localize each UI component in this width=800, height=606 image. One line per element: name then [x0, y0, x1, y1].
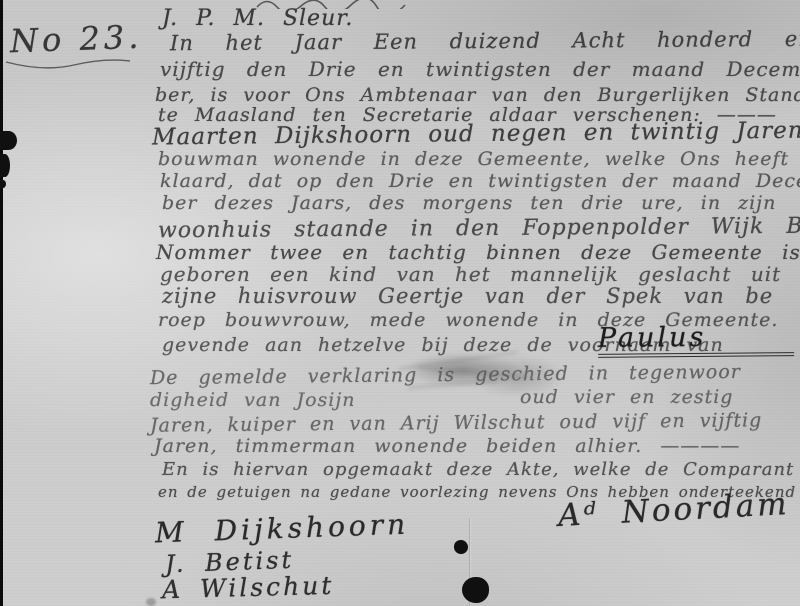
clerk-name: J. P. M. Sleur.: [162, 6, 353, 31]
document-line: klaard, dat op den Drie en twintigsten d…: [160, 170, 800, 192]
document-line: Maarten Dijkshoorn oud negen en twintig …: [152, 118, 800, 151]
document-line: digheid van Josijn: [150, 389, 356, 411]
signature-witness-2: A Wilschut: [162, 571, 335, 605]
document-line: En is hiervan opgemaakt deze Akte, welke…: [162, 459, 794, 480]
scan-edge-blob: [0, 154, 10, 177]
child-name: Paulus: [598, 321, 794, 358]
ink-blot-large: [462, 577, 489, 603]
signature-declarant: M Dijkshoorn: [155, 508, 410, 550]
document-page: No 23. J. P. M. Sleur. In het Jaar Een d…: [0, 0, 800, 606]
document-line: ber, is voor Ons Ambtenaar van den Burge…: [155, 84, 800, 106]
document-line: Nommer twee en tachtig binnen deze Gemee…: [156, 240, 800, 264]
registry-number-flourish: [4, 58, 134, 72]
document-line: ber dezes Jaars, des morgens ten drie ur…: [162, 192, 776, 214]
document-line: bouwman wonende in deze Gemeente, welke …: [158, 148, 800, 170]
registry-number: No 23.: [9, 18, 143, 61]
document-line: Jaren, timmerman wonende beiden alhier. …: [154, 435, 740, 457]
document-line: woonhuis staande in den Foppenpolder Wij…: [158, 214, 800, 244]
scan-edge-blob: [0, 131, 17, 150]
faint-spot: [146, 598, 156, 606]
document-line: geboren een kind van het mannelijk gesla…: [160, 262, 781, 286]
document-line: zijne huisvrouw Geertje van der Spek van…: [162, 284, 773, 308]
document-line: In het Jaar Een duizend Acht honderd en: [170, 27, 800, 55]
ink-smudge: [388, 342, 573, 404]
scan-edge-blob: [0, 180, 6, 188]
document-line: vijftig den Drie en twintigsten der maan…: [160, 57, 800, 81]
scan-edge-strip: [0, 0, 3, 606]
ink-blot-small: [454, 540, 468, 554]
document-line: Jaren, kuiper en van Arij Wilschut oud v…: [150, 409, 762, 436]
